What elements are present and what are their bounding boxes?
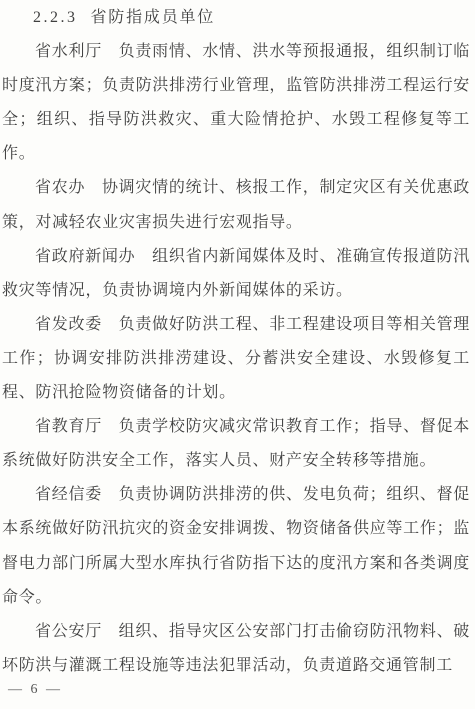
agency-name: 省农办 xyxy=(35,179,85,196)
page-number: — 6 — xyxy=(8,673,63,707)
document-page: 2.2.3省防指成员单位 省水利厅 负责雨情、水情、洪水等预报通报，组织制订临时… xyxy=(0,0,475,709)
paragraph: 省教育厅 负责学校防灾减灾常识教育工作；指导、督促本系统做好防洪安全工作，落实人… xyxy=(2,410,470,478)
agency-name: 省水利厅 xyxy=(35,43,102,60)
paragraph: 省水利厅 负责雨情、水情、洪水等预报通报，组织制订临时度汛方案；负责防洪排涝行业… xyxy=(2,35,470,171)
agency-duty: 负责协调防洪排涝的供、发电负荷；组织、督促本系统做好防汛抗灾的资金安排调拨、物资… xyxy=(2,486,470,605)
section-heading: 2.2.3省防指成员单位 xyxy=(2,1,470,35)
paragraph: 省发改委 负责做好防洪工程、非工程建设项目等相关管理工作；协调安排防洪排涝建设、… xyxy=(2,308,470,410)
agency-name: 省政府新闻办 xyxy=(35,248,135,265)
agency-name: 省公安厅 xyxy=(35,623,102,640)
agency-name: 省教育厅 xyxy=(35,418,102,435)
agency-duty: 负责雨情、水情、洪水等预报通报，组织制订临时度汛方案；负责防洪排涝行业管理，监管… xyxy=(2,43,470,162)
paragraph: 省公安厅 组织、指导灾区公安部门打击偷窃防汛物料、破坏防洪与灌溉工程设施等违法犯… xyxy=(2,615,470,683)
paragraph: 省政府新闻办 组织省内新闻媒体及时、准确宣传报道防汛救灾等情况，负责协调境内外新… xyxy=(2,240,470,308)
agency-name: 省经信委 xyxy=(35,486,102,503)
section-number: 2.2.3 xyxy=(33,9,78,26)
paragraph: 省经信委 负责协调防洪排涝的供、发电负荷；组织、督促本系统做好防汛抗灾的资金安排… xyxy=(2,478,470,614)
paragraph: 省农办 协调灾情的统计、核报工作，制定灾区有关优惠政策，对减轻农业灾害损失进行宏… xyxy=(2,171,470,239)
section-title: 省防指成员单位 xyxy=(91,9,216,26)
paragraph-list: 省水利厅 负责雨情、水情、洪水等预报通报，组织制订临时度汛方案；负责防洪排涝行业… xyxy=(2,35,470,683)
agency-name: 省发改委 xyxy=(35,316,102,333)
